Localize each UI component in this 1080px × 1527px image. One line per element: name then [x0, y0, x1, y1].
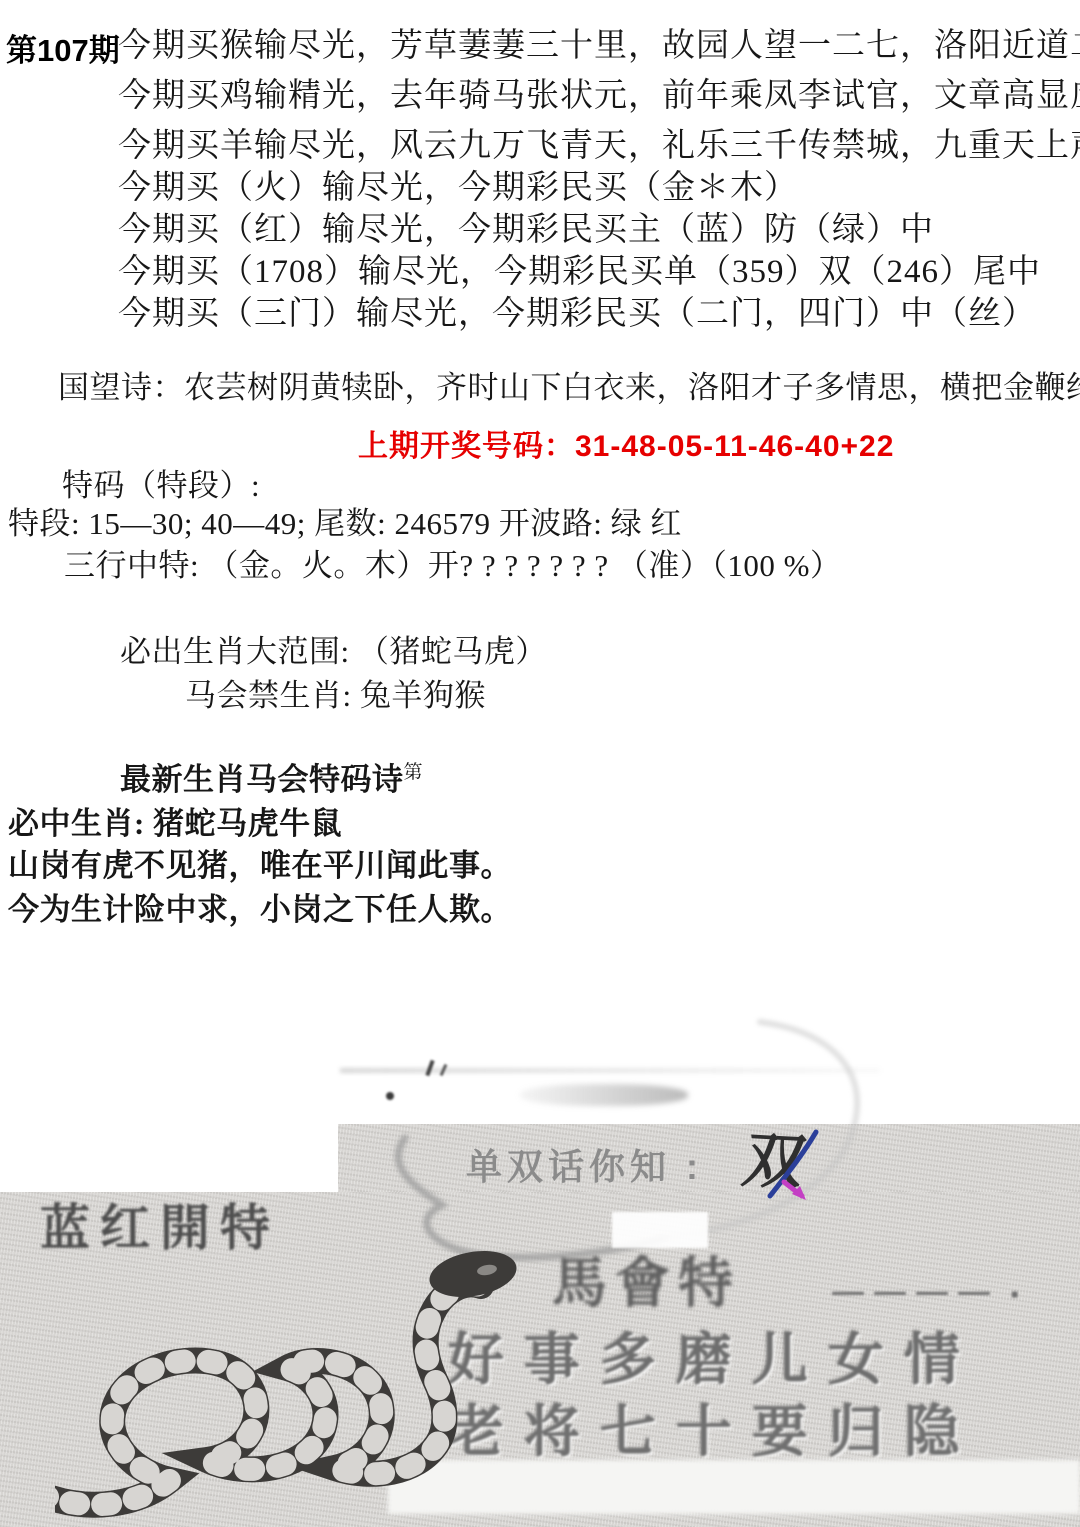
issue-label: 第107期: [6, 33, 120, 69]
verse-line: 今期买（火）输尽光，今期彩民买（金＊木）: [118, 170, 798, 208]
last-draw-numbers: 31-48-05-11-46-40+22: [575, 430, 894, 463]
latest-poem-title-text: 最新生肖马会特码诗: [120, 762, 404, 797]
snake-icon: [55, 1242, 525, 1527]
last-draw-label: 上期开奖号码：: [358, 430, 575, 463]
verse-line: 今期买（1708）输尽光，今期彩民买单（359）双（246）尾中: [118, 254, 1041, 292]
odd-even-label: 单双话你知 :: [466, 1146, 703, 1187]
white-patch: [612, 1212, 708, 1248]
club-title: 馬會特: [552, 1252, 741, 1315]
verse-line: 今期买猴输尽光，芳草萋萋三十里，故园人望一二七，洛阳近道二九立。: [118, 28, 1080, 66]
special-header: 特码（特段）:: [62, 468, 260, 504]
special-segment-line: 特段: 15—30; 40—49; 尾数: 246579 开波路: 绿 红: [8, 506, 682, 542]
latest-poem-title: 最新生肖马会特码诗第: [120, 762, 423, 798]
must-hit-line: 必中生肖: 猪蛇马虎牛鼠: [8, 806, 342, 842]
verse-line: 今期买羊输尽光，风云九万飞青天，礼乐三千传禁城，九重天上声名动。: [118, 128, 1080, 166]
latest-poem-line-1: 山岗有虎不见猪，唯在平川闻此事。: [8, 848, 512, 884]
photo-poem-line-1: 好事多磨儿女情: [448, 1328, 980, 1392]
must-out-zodiac-line: 必出生肖大范围: （猪蛇马虎）: [120, 634, 547, 670]
club-dashes: －－－－ ·: [828, 1272, 1024, 1318]
last-draw-line: 上期开奖号码：31-48-05-11-46-40+22: [358, 430, 894, 465]
latest-poem-line-2: 今为生计险中求，小岗之下任人欺。: [8, 892, 512, 928]
special-three-rows-line: 三行中特: （金。火。木）开? ? ? ? ? ? ? （准）（100 %）: [64, 548, 842, 584]
forbidden-zodiac-line: 马会禁生肖: 兔羊狗猴: [185, 678, 486, 714]
guwang-poem-line: 国望诗：农芸树阴黄犊卧，齐时山下白衣来，洛阳才子多情思，横把金鞭约马头。: [58, 370, 1080, 406]
slash-mark-icon: [740, 1120, 870, 1220]
photo-poem-line-2: 老将七十要归隐: [448, 1400, 980, 1464]
verse-line: 今期买（红）输尽光，今期彩民买主（蓝）防（绿）中: [118, 212, 934, 250]
latest-poem-title-suffix: 第: [404, 762, 424, 783]
verse-line: 今期买鸡输精光，去年骑马张状元，前年乘凤李试官，文章高显应天宠。: [118, 78, 1080, 116]
tip-sheet-page: 第107期 今期买猴输尽光，芳草萋萋三十里，故园人望一二七，洛阳近道二九立。 今…: [0, 0, 1080, 1527]
verse-line: 今期买（三门）输尽光，今期彩民买（二门，四门）中（丝）: [118, 296, 1036, 334]
